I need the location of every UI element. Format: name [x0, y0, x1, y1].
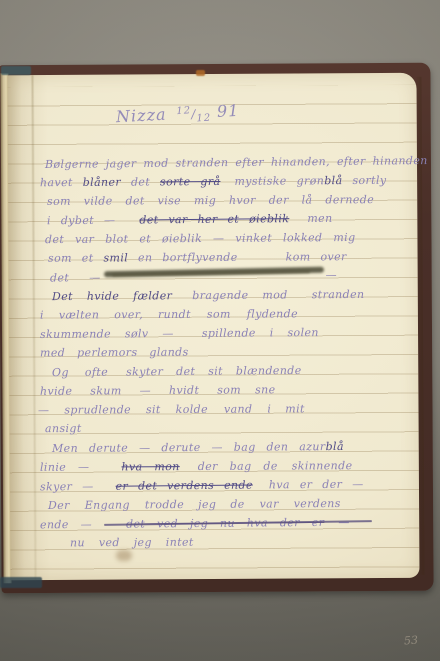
manuscript-line: i dybet —det var her et øieblikmen — [47, 212, 333, 228]
manuscript-line: Det hvide fælderbragende modstranden — [52, 288, 365, 304]
manuscript-segment: spillende i solen — [202, 326, 319, 340]
manuscript-segment: Men derute — derute — bag den azur — [52, 440, 326, 455]
manuscript-segment: — sprudlende sit kolde — [38, 403, 208, 417]
manuscript-segment: skinnende — [292, 459, 353, 472]
manuscript-line: Men derute — derute — bag den azurblå — [52, 440, 344, 456]
manuscript-line: skummende sølv —spillende i solen — [40, 326, 319, 342]
manuscript-segment: hva mon — [121, 460, 179, 473]
cover-clasp-fleck — [196, 70, 205, 76]
manuscript-segment: det var her et øieblik — [139, 212, 289, 226]
manuscript-line: med perlemors glands — [40, 346, 189, 361]
manuscript-segment: flydende — [247, 307, 298, 320]
cover-corner-teal-top — [1, 66, 31, 75]
manuscript-segment: ansigt — [45, 422, 82, 435]
manuscript-segment: blå — [326, 440, 344, 453]
manuscript-segment: i dybet — — [47, 214, 115, 228]
manuscript-segment: skummende sølv — — [40, 327, 174, 341]
manuscript-segment: blåner — [83, 176, 121, 189]
manuscript-segment: er det verdens ende — [116, 479, 253, 493]
cover-corner-teal-bottom — [0, 577, 42, 588]
manuscript-segment: de var verdens — [230, 497, 341, 511]
manuscript-line: Ogofteskyter det sit blændende — [52, 364, 302, 380]
manuscript-line: — sprudlende sit koldevand imit — [38, 402, 305, 417]
manuscript-line: i vælten over, rundtsomflydende — [40, 307, 298, 322]
manuscript-segment: hvide skum — — [40, 384, 151, 398]
manuscript-segment: skyer — — [40, 480, 94, 493]
manuscript-segment: men — [307, 212, 332, 225]
manuscript-segment: som et — [48, 251, 103, 264]
manuscript-segment: mit — [285, 402, 305, 415]
manuscript-segment: det var blot et øieblik — vinket lokked … — [45, 231, 356, 246]
manuscript-segment: jeg — [198, 498, 216, 511]
photo-background: Nizza12/1291 Bølgerne jager mod stranden… — [0, 0, 440, 661]
manuscript-segment: — — [89, 271, 101, 284]
manuscript-segment: Det hvide fælder — [52, 289, 172, 303]
manuscript-segment: blå — [324, 174, 342, 187]
manuscript-segment: der bag de — [198, 460, 278, 473]
manuscript-segment: som vilde det vise mig hvor der lå derne… — [47, 193, 374, 208]
manuscript-segment: stranden — [312, 288, 365, 301]
manuscript-line: som et smil en bortflyvendekom over — [48, 250, 347, 266]
manuscript-line: skyer —er det verdens endehva er der — — [40, 478, 364, 495]
manuscript-segment: en bortflyvende — [128, 251, 238, 265]
manuscript-line: linie —hva monder bag deskinnende — [40, 459, 353, 475]
manuscript-segment: havet — [40, 176, 83, 189]
manuscript-line: Der Engang troddejegde var verdens — [48, 497, 341, 513]
manuscript-segment: sorte grå — [160, 175, 221, 188]
manuscript-segment: Og — [52, 366, 69, 379]
manuscript-segment: i vælten over, rundt — [40, 308, 191, 322]
manuscript-segment: mystiske grøn — [234, 174, 324, 188]
manuscript-segment: ende — — [40, 518, 92, 531]
page-number: 53 — [404, 634, 419, 648]
manuscript-segment: nu ved jeg intet — [70, 536, 194, 550]
manuscript-segment: bragende mod — [192, 288, 288, 302]
manuscript-line: ansigt — [45, 422, 82, 436]
manuscript-segment: Bølgerne jager mod stranden efter hinand… — [45, 154, 428, 171]
manuscript-segment: smil — [103, 251, 128, 264]
manuscript-segment: det — [121, 175, 160, 188]
manuscript-segment: — — [325, 268, 337, 281]
manuscript-line: Bølgerne jager mod stranden efter hinand… — [45, 154, 428, 172]
manuscript-line: havet blåner det sorte gråmystiske grønb… — [40, 174, 387, 190]
manuscript-segment: skyter det sit blændende — [126, 364, 302, 379]
manuscript-line: nu ved jeg intet — [70, 536, 194, 551]
page-stain — [116, 550, 132, 561]
manuscript-segment: Der Engang trodde — [48, 498, 184, 512]
manuscript-segment: kom over — [286, 250, 347, 263]
manuscript-segment: hvidt som — [169, 383, 241, 397]
manuscript-line: det var blot et øieblik — vinket lokked … — [45, 231, 356, 247]
manuscript-segment: sne — [255, 383, 276, 396]
manuscript-segment: vand i — [224, 402, 271, 415]
manuscript-line: som vilde det vise mig hvor der lå derne… — [47, 193, 374, 209]
manuscript-text: Bølgerne jager mod stranden efter hinand… — [0, 0, 440, 661]
manuscript-segment: det — [50, 271, 69, 284]
manuscript-segment: som — [207, 308, 231, 321]
manuscript-segment: sortly — [342, 174, 386, 187]
manuscript-line: hvide skum —hvidt somsne — [40, 383, 276, 399]
manuscript-segment: linie — — [40, 461, 90, 474]
manuscript-segment: ofte — [85, 366, 108, 379]
manuscript-segment: hva er der — — [269, 478, 364, 492]
manuscript-segment: med perlemors glands — [40, 346, 189, 360]
